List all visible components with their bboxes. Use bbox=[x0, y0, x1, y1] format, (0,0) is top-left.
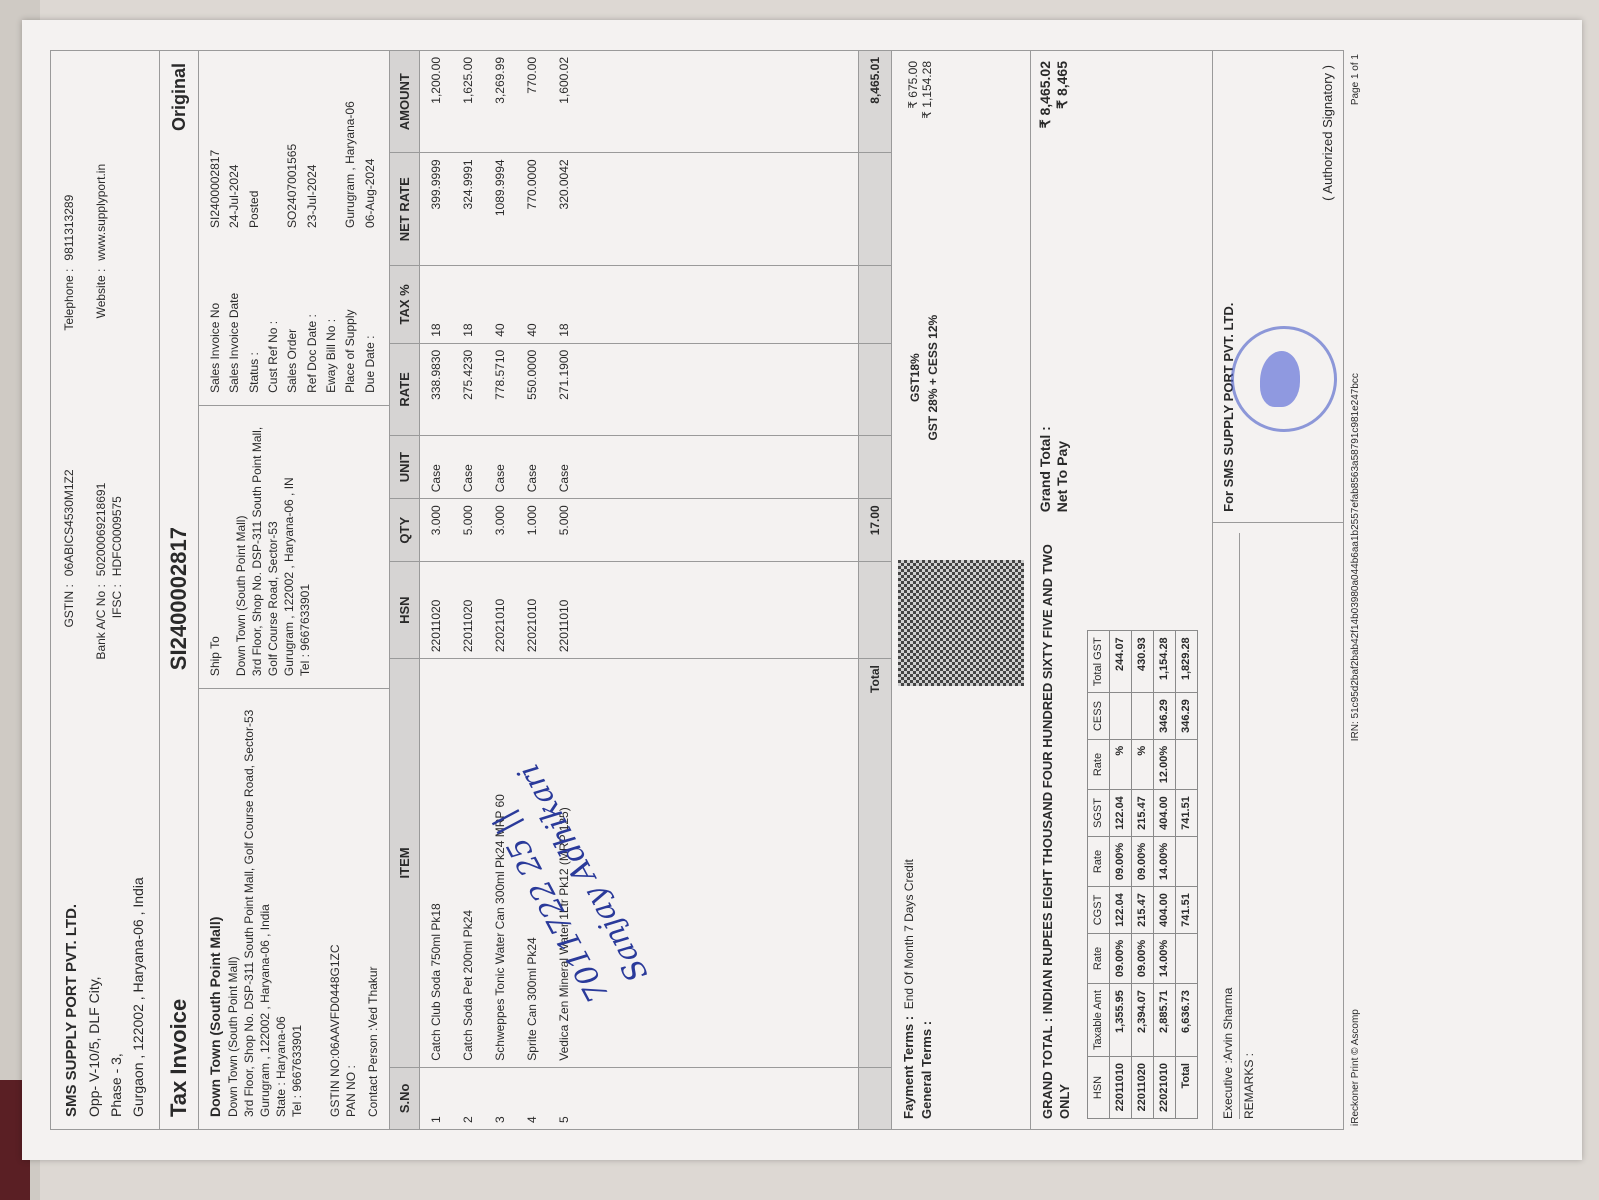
cell-unit: Case bbox=[548, 435, 580, 498]
cell-hsn: 22011010 bbox=[548, 562, 580, 659]
hsn-cell: 741.51 bbox=[1176, 790, 1198, 837]
hsn-cell: 122.04 bbox=[1110, 887, 1132, 934]
hsn-cell: % bbox=[1110, 739, 1132, 789]
grand-total-label: Grand Total : bbox=[1037, 426, 1054, 512]
payment-terms-label: Fayment Terms : bbox=[901, 1016, 916, 1119]
hsn-cell: 14.00% bbox=[1154, 933, 1176, 983]
bank-account: 50200069218691 bbox=[93, 483, 109, 576]
ship-to-label: Ship To bbox=[207, 418, 223, 676]
hsn-column-header: Rate bbox=[1088, 836, 1110, 886]
hsn-column-header: Taxable Amt bbox=[1088, 984, 1110, 1057]
cell-unit: Case bbox=[420, 435, 453, 498]
bill-to: Down Town (South Point Mall) Down Town (… bbox=[199, 689, 389, 1129]
terms-section: Fayment Terms : End Of Month 7 Days Cred… bbox=[892, 50, 1031, 1130]
cell-tax: 40 bbox=[516, 266, 548, 344]
bill-state: State : Haryana-06 bbox=[273, 701, 289, 1117]
bill-address-line: 3rd Floor, Shop No. DSP-311 South Point … bbox=[241, 701, 257, 1117]
gst-slab: GST 28% + CESS 12% bbox=[924, 211, 942, 544]
column-header: RATE bbox=[390, 343, 420, 435]
hsn-cell: 12.00% bbox=[1154, 739, 1176, 789]
column-header: TAX % bbox=[390, 266, 420, 344]
bank-label: Bank A/C No : bbox=[93, 584, 109, 670]
gst-slab-value: ₹ 675.00 bbox=[906, 61, 920, 191]
meta-value bbox=[323, 63, 342, 228]
net-to-pay-value: ₹ 8,465 bbox=[1054, 61, 1071, 109]
cell-hsn: 22011020 bbox=[420, 562, 453, 659]
cell-amount: 1,200.00 bbox=[420, 51, 453, 153]
meta-label: Cust Ref No : bbox=[265, 228, 284, 393]
cell-unit: Case bbox=[484, 435, 516, 498]
grand-total-section: GRAND TOTAL : INDIAN RUPEES EIGHT THOUSA… bbox=[1031, 50, 1213, 1130]
cell-amount: 3,269.99 bbox=[484, 51, 516, 153]
hsn-cell: 404.00 bbox=[1154, 887, 1176, 934]
meta-label: Sales Order bbox=[284, 228, 303, 393]
column-header: AMOUNT bbox=[390, 51, 420, 153]
column-header: UNIT bbox=[390, 435, 420, 498]
meta-value: Gurugram , Haryana-06 bbox=[342, 63, 361, 228]
hsn-row: 220110101,355.9509.00%122.0409.00%122.04… bbox=[1110, 631, 1132, 1119]
ship-address-line: Down Town (South Point Mall) bbox=[233, 418, 249, 676]
bill-address-line: Down Town (South Point Mall) bbox=[225, 701, 241, 1117]
payment-terms-value: End Of Month 7 Days Credit bbox=[902, 859, 916, 1009]
gst-slab-value: ₹ 1,154.28 bbox=[920, 61, 934, 191]
meta-label: Status : bbox=[246, 228, 265, 393]
hsn-cell: Total bbox=[1176, 1057, 1198, 1119]
hsn-column-header: Total GST bbox=[1088, 631, 1110, 693]
customer-gstin: GSTIN NO:06AAVFD0448G1ZC bbox=[327, 701, 343, 1117]
cell-net-rate: 770.0000 bbox=[516, 153, 548, 266]
hsn-cell: 14.00% bbox=[1154, 836, 1176, 886]
meta-value: 24-Jul-2024 bbox=[226, 63, 245, 228]
customer-name: Down Town (South Point Mall) bbox=[207, 701, 223, 1117]
column-header: ITEM bbox=[390, 659, 420, 1068]
authorized-signatory: ( Authorized Signatory ) bbox=[1320, 65, 1335, 201]
cell-qty: 3.000 bbox=[420, 499, 453, 562]
column-header: NET RATE bbox=[390, 153, 420, 266]
invoice-sheet: SMS SUPPLY PORT PVT. LTD. Opp- V-10/5, D… bbox=[22, 20, 1582, 1160]
cell-tax: 40 bbox=[484, 266, 516, 344]
meta-value: SO2407001565 bbox=[284, 63, 303, 228]
hsn-cell: 09.00% bbox=[1132, 933, 1154, 983]
ship-tel: Tel : 9667633901 bbox=[297, 418, 313, 676]
ship-address-line: Gurugram , 122002 , Haryana-06 , IN bbox=[281, 418, 297, 676]
cell-qty: 5.000 bbox=[548, 499, 580, 562]
ifsc-label: IFSC : bbox=[109, 584, 125, 670]
invoice-meta: Sales Invoice NoSI2400002817Sales Invoic… bbox=[199, 51, 389, 405]
hsn-column-header: Rate bbox=[1088, 933, 1110, 983]
cell-tax: 18 bbox=[452, 266, 484, 344]
cell-unit: Case bbox=[516, 435, 548, 498]
meta-value: 06-Aug-2024 bbox=[362, 63, 381, 228]
cell-net-rate: 1089.9994 bbox=[484, 153, 516, 266]
grand-total-value: ₹ 8,465.02 bbox=[1037, 61, 1054, 128]
hsn-column-header: Rate bbox=[1088, 739, 1110, 789]
amount-in-words: GRAND TOTAL : INDIAN RUPEES EIGHT THOUSA… bbox=[1039, 532, 1073, 1119]
irn: IRN: 51c95d2baf2bab42f14b03980a044b6aa1b… bbox=[1350, 373, 1361, 741]
ship-address-line: 3rd Floor, Shop No. DSP-311 South Point … bbox=[249, 418, 281, 676]
cell-rate: 275.4230 bbox=[452, 343, 484, 435]
contact-person: Contact Person :Ved Thakur bbox=[365, 701, 381, 1117]
ifsc-code: HDFC0009575 bbox=[109, 496, 125, 576]
cell-sno: 5 bbox=[548, 1067, 580, 1129]
footer-section: Executive :Arvin Sharma REMARKS : For SM… bbox=[1213, 50, 1344, 1130]
hsn-cell: 741.51 bbox=[1176, 887, 1198, 934]
total-qty: 17.00 bbox=[859, 499, 892, 562]
hsn-cell: 122.04 bbox=[1110, 790, 1132, 837]
hsn-cell: 2,885.71 bbox=[1154, 984, 1176, 1057]
gst-slab: GST18% bbox=[906, 211, 924, 544]
cell-rate: 271.1900 bbox=[548, 343, 580, 435]
document-title: Tax Invoice bbox=[160, 682, 198, 1129]
remarks-label: REMARKS : bbox=[1239, 533, 1256, 1119]
table-row: 3Schweppes Tonic Water Can 300ml Pk24 MR… bbox=[484, 51, 516, 1130]
executive: Executive :Arvin Sharma bbox=[1221, 533, 1235, 1119]
meta-label: Due Date : bbox=[362, 228, 381, 393]
total-amount: 8,465.01 bbox=[859, 51, 892, 153]
hsn-column-header: SGST bbox=[1088, 790, 1110, 837]
net-to-pay-label: Net To Pay bbox=[1054, 441, 1071, 512]
hsn-row: 220210102,885.7114.00%404.0014.00%404.00… bbox=[1154, 631, 1176, 1119]
qr-code bbox=[898, 560, 1024, 686]
meta-label: Sales Invoice Date bbox=[226, 228, 245, 393]
cell-rate: 550.0000 bbox=[516, 343, 548, 435]
cell-amount: 1,625.00 bbox=[452, 51, 484, 153]
ship-to: Ship To Down Town (South Point Mall) 3rd… bbox=[199, 405, 389, 689]
cell-rate: 778.5710 bbox=[484, 343, 516, 435]
hsn-cell bbox=[1176, 836, 1198, 886]
hsn-cell: 09.00% bbox=[1132, 836, 1154, 886]
cell-net-rate: 399.9999 bbox=[420, 153, 453, 266]
hsn-cell bbox=[1176, 739, 1198, 789]
for-company: For SMS SUPPLY PORT PVT. LTD. bbox=[1221, 61, 1236, 512]
hsn-cell: 6,636.73 bbox=[1176, 984, 1198, 1057]
hsn-cell bbox=[1176, 933, 1198, 983]
meta-value: 23-Jul-2024 bbox=[304, 63, 323, 228]
seller-company-name: SMS SUPPLY PORT PVT. LTD. bbox=[61, 694, 83, 1117]
seller-address-line: Gurgaon , 122002 , Haryana-06 , India bbox=[127, 694, 149, 1117]
column-header: HSN bbox=[390, 562, 420, 659]
hsn-column-header: CESS bbox=[1088, 693, 1110, 740]
customer-pan: PAN NO : bbox=[343, 701, 359, 1117]
hsn-cell: 244.07 bbox=[1110, 631, 1132, 693]
cell-amount: 1,600.02 bbox=[548, 51, 580, 153]
meta-label: Eway Bill No : bbox=[323, 228, 342, 393]
hsn-cell: 215.47 bbox=[1132, 887, 1154, 934]
hsn-cell: 1,829.28 bbox=[1176, 631, 1198, 693]
table-row: 4Sprite Can 300ml Pk24220210101.000Case5… bbox=[516, 51, 548, 1130]
meta-value: SI2400002817 bbox=[207, 63, 226, 228]
cell-qty: 3.000 bbox=[484, 499, 516, 562]
cell-unit: Case bbox=[452, 435, 484, 498]
hsn-column-header: CGST bbox=[1088, 887, 1110, 934]
cell-sno: 1 bbox=[420, 1067, 453, 1129]
telephone-label: Telephone : bbox=[61, 269, 77, 355]
company-stamp-icon bbox=[1231, 326, 1337, 432]
website: www.supplyport.in bbox=[93, 164, 109, 261]
hsn-cell: 09.00% bbox=[1110, 933, 1132, 983]
meta-label: Place of Supply bbox=[342, 228, 361, 393]
bill-address-line: Gurugram , 122002 , Haryana-06 , India bbox=[257, 701, 273, 1117]
seller-address-line: Phase - 3, bbox=[105, 694, 127, 1117]
meta-label: Ref Doc Date : bbox=[304, 228, 323, 393]
hsn-cell: 404.00 bbox=[1154, 790, 1176, 837]
hsn-cell: 215.47 bbox=[1132, 790, 1154, 837]
hsn-cell: 22011020 bbox=[1132, 1057, 1154, 1119]
cell-qty: 5.000 bbox=[452, 499, 484, 562]
hsn-cell: 22011010 bbox=[1110, 1057, 1132, 1119]
print-footer: iReckoner Print © Ascomp IRN: 51c95d2baf… bbox=[1350, 50, 1361, 1130]
hsn-summary-table: HSNTaxable AmtRateCGSTRateSGSTRateCESSTo… bbox=[1087, 630, 1198, 1119]
hsn-row: 220110202,394.0709.00%215.4709.00%215.47… bbox=[1132, 631, 1154, 1119]
telephone: 9811313289 bbox=[61, 195, 77, 261]
cell-net-rate: 324.9991 bbox=[452, 153, 484, 266]
cell-amount: 770.00 bbox=[516, 51, 548, 153]
total-row: Total17.008,465.01 bbox=[859, 51, 892, 1130]
seller-address-line: Opp- V-10/5, DLF City, bbox=[83, 694, 105, 1117]
cell-tax: 18 bbox=[420, 266, 453, 344]
hsn-cell: 430.93 bbox=[1132, 631, 1154, 693]
hsn-cell: 1,154.28 bbox=[1154, 631, 1176, 693]
cell-sno: 4 bbox=[516, 1067, 548, 1129]
hsn-cell bbox=[1110, 693, 1132, 740]
hsn-cell: 09.00% bbox=[1110, 836, 1132, 886]
cell-hsn: 22021010 bbox=[484, 562, 516, 659]
table-row: 1Catch Club Soda 750ml Pk18220110203.000… bbox=[420, 51, 453, 1130]
column-header: QTY bbox=[390, 499, 420, 562]
cell-qty: 1.000 bbox=[516, 499, 548, 562]
table-row: 2Catch Soda Pet 200ml Pk24220110205.000C… bbox=[452, 51, 484, 1130]
cell-tax: 18 bbox=[548, 266, 580, 344]
hsn-cell bbox=[1132, 693, 1154, 740]
invoice-number: SI2400002817 bbox=[160, 192, 198, 683]
website-label: Website : bbox=[93, 269, 109, 355]
page-indicator: Page 1 of 1 bbox=[1350, 54, 1361, 105]
column-header: S.No bbox=[390, 1067, 420, 1129]
hsn-cell: 2,394.07 bbox=[1132, 984, 1154, 1057]
hsn-cell: 1,355.95 bbox=[1110, 984, 1132, 1057]
meta-value: Posted bbox=[246, 63, 265, 228]
copy-label: Original bbox=[163, 51, 196, 192]
hsn-cell: 346.29 bbox=[1154, 693, 1176, 740]
hsn-total-row: Total6,636.73741.51741.51346.291,829.28 bbox=[1176, 631, 1198, 1119]
general-terms-label: General Terms : bbox=[919, 1021, 934, 1119]
title-row: Tax Invoice SI2400002817 Original bbox=[159, 50, 198, 1130]
party-section: Down Town (South Point Mall) Down Town (… bbox=[198, 50, 389, 1130]
cell-rate: 338.9830 bbox=[420, 343, 453, 435]
cell-item: Catch Soda Pet 200ml Pk24 bbox=[452, 659, 484, 1068]
cell-sno: 3 bbox=[484, 1067, 516, 1129]
seller-gstin: 06ABICS4530M1Z2 bbox=[61, 469, 77, 576]
cell-item: Catch Club Soda 750ml Pk18 bbox=[420, 659, 453, 1068]
bill-tel: Tel : 9667633901 bbox=[289, 701, 305, 1117]
seller-header: SMS SUPPLY PORT PVT. LTD. Opp- V-10/5, D… bbox=[50, 50, 159, 1130]
meta-value bbox=[265, 63, 284, 228]
hsn-column-header: HSN bbox=[1088, 1057, 1110, 1119]
cell-hsn: 22011020 bbox=[452, 562, 484, 659]
hsn-cell: % bbox=[1132, 739, 1154, 789]
meta-label: Sales Invoice No bbox=[207, 228, 226, 393]
gstin-label: GSTIN : bbox=[61, 584, 77, 670]
cell-hsn: 22021010 bbox=[516, 562, 548, 659]
total-label: Total bbox=[859, 659, 892, 1068]
print-credit: iReckoner Print © Ascomp bbox=[1350, 1009, 1361, 1126]
cell-sno: 2 bbox=[452, 1067, 484, 1129]
hsn-cell: 22021010 bbox=[1154, 1057, 1176, 1119]
hsn-cell: 346.29 bbox=[1176, 693, 1198, 740]
cell-net-rate: 320.0042 bbox=[548, 153, 580, 266]
